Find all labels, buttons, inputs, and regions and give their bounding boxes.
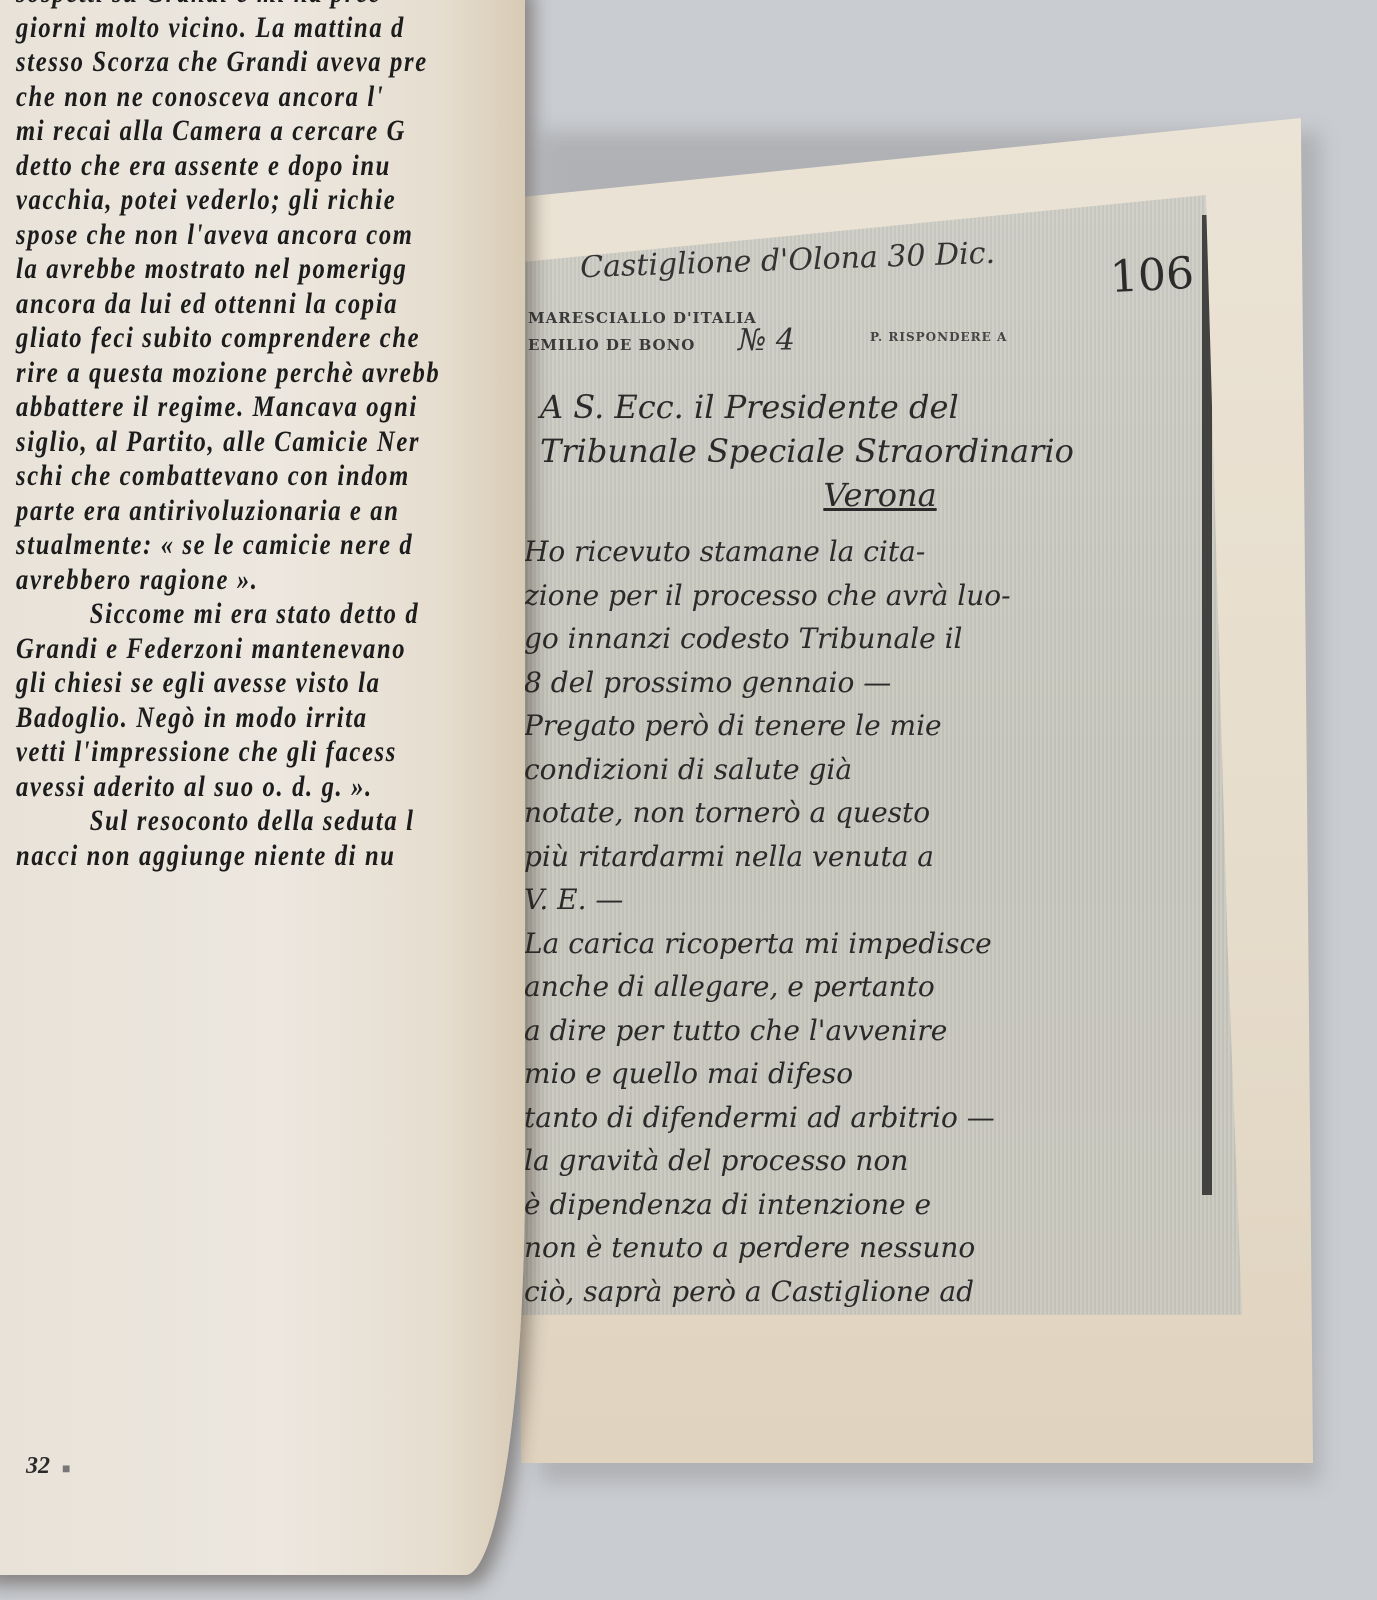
text-line: Badoglio. Negò in modo irrita <box>16 701 442 736</box>
text-line: rire a questa mozione perchè avrebb <box>16 356 442 391</box>
letter-line: non è tenuto a perdere nessuno <box>524 1226 1204 1270</box>
letter-line: tanto di difendermi ad arbitrio — <box>524 1096 1204 1140</box>
letter-facsimile: Castiglione d'Olona 30 Dic. 106 MARESCIA… <box>520 195 1242 1315</box>
letter-line: più ritardarmi nella venuta a <box>524 835 1204 879</box>
page-number: 32■ <box>26 1453 70 1480</box>
addressee-line-2: Tribunale Speciale Straordinario <box>540 429 1220 473</box>
text-line: la avrebbe mostrato nel pomerigg <box>16 252 442 287</box>
text-line: parte era antirivoluzionaria e an <box>16 494 442 529</box>
text-line: abbattere il regime. Mancava ogni <box>16 390 442 425</box>
text-line: stesso Scorza che Grandi aveva pre <box>16 45 442 80</box>
text-line: giorni molto vicino. La mattina d <box>16 11 442 46</box>
letterhead-stamp: P. RISPONDERE A <box>870 330 1007 344</box>
text-line: Sul resoconto della seduta l <box>16 804 442 839</box>
text-line: vetti l'impressione che gli facess <box>16 735 442 770</box>
letter-line: V. E. — <box>524 878 1204 922</box>
letter-line: Pregato però di tenere le mie <box>524 704 1204 748</box>
text-line: gliato feci subito comprendere che <box>16 321 442 356</box>
letter-body: Ho ricevuto stamane la cita- zione per i… <box>524 530 1204 1357</box>
text-line: sospetti su Grandi e mi ha prec <box>16 0 442 11</box>
letterhead-title: MARESCIALLO D'ITALIA <box>528 305 757 332</box>
text-line: gli chiesi se egli avesse visto la <box>16 666 442 701</box>
reference-number: № 4 <box>738 323 795 358</box>
book-photo: Castiglione d'Olona 30 Dic. 106 MARESCIA… <box>0 0 1377 1600</box>
text-line: detto che era assente e dopo inu <box>16 149 442 184</box>
text-line: avessi aderito al suo o. d. g. ». <box>16 770 442 805</box>
text-line: stualmente: « se le camicie nere d <box>16 528 442 563</box>
letter-line: è dipendenza di intenzione e <box>524 1183 1204 1227</box>
letter-line: ciò, saprà però a Castiglione ad <box>524 1270 1204 1314</box>
page-number-ornament: ■ <box>62 1462 70 1477</box>
letter-line: anche di allegare, e pertanto <box>524 965 1204 1009</box>
left-page: sospetti su Grandi e mi ha prec giorni m… <box>0 0 525 1575</box>
letter-line: Ho ricevuto stamane la cita- <box>524 530 1204 574</box>
letter-line: go innanzi codesto Tribunale il <box>524 617 1204 661</box>
text-line: spose che non l'aveva ancora com <box>16 218 442 253</box>
letter-line: 8 del prossimo gennaio — <box>524 661 1204 705</box>
text-line: siglio, al Partito, alle Camicie Ner <box>16 425 442 460</box>
text-line: nacci non aggiunge niente di nu <box>16 839 442 874</box>
letter-line: notate, non tornerò a questo <box>524 791 1204 835</box>
letter-line: La carica ricoperta mi impedisce <box>524 922 1204 966</box>
letter-line: mio e quello mai difeso <box>524 1052 1204 1096</box>
letterhead-name: EMILIO DE BONO <box>528 332 757 359</box>
left-page-text: sospetti su Grandi e mi ha prec giorni m… <box>16 0 442 873</box>
letter-line: condizioni di salute già <box>524 748 1204 792</box>
text-line: ancora da lui ed ottenni la copia <box>16 287 442 322</box>
addressee: A S. Ecc. il Presidente del Tribunale Sp… <box>540 385 1220 517</box>
letter-line: la gravità del processo non <box>524 1139 1204 1183</box>
text-line: che non ne conosceva ancora l' <box>16 80 442 115</box>
text-line: Siccome mi era stato detto d <box>16 597 442 632</box>
document-number: 106 <box>1109 248 1196 303</box>
text-line: avrebbero ragione ». <box>16 563 442 598</box>
addressee-line-1: A S. Ecc. il Presidente del <box>540 385 1220 429</box>
text-line: vacchia, potei vederlo; gli richie <box>16 183 442 218</box>
letter-line: zione per il processo che avrà luo- <box>524 574 1204 618</box>
page-number-value: 32 <box>26 1453 50 1479</box>
text-line: mi recai alla Camera a cercare G <box>16 114 442 149</box>
addressee-city: Verona <box>540 473 1220 517</box>
text-line: Grandi e Federzoni mantenevano <box>16 632 442 667</box>
text-line: schi che combattevano con indom <box>16 459 442 494</box>
letter-line: a dire per tutto che l'avvenire <box>524 1009 1204 1053</box>
letterhead: MARESCIALLO D'ITALIA EMILIO DE BONO <box>528 305 757 359</box>
